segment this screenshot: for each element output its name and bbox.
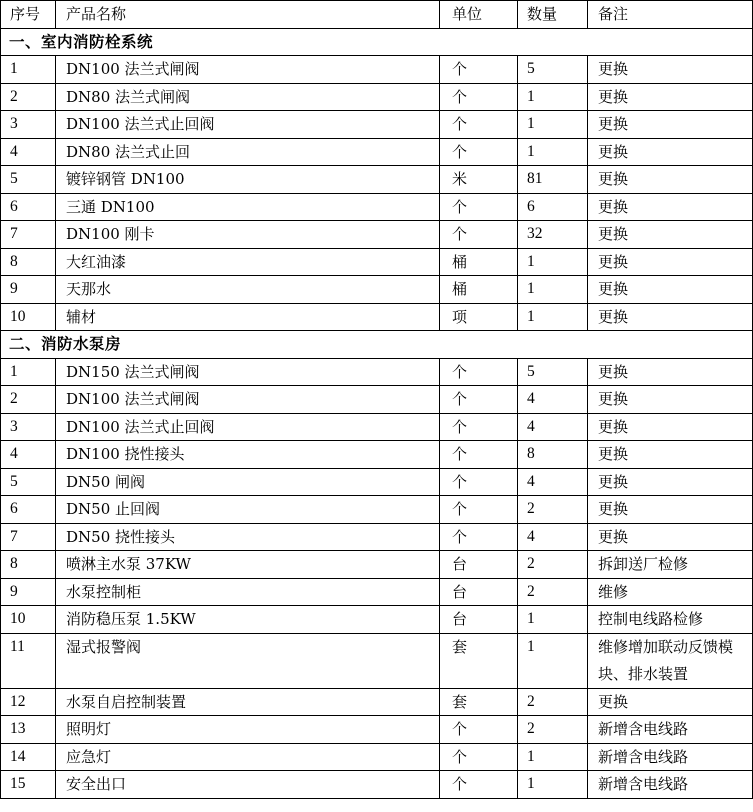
cell-quantity: 1	[518, 743, 588, 771]
cell-note: 更换	[588, 276, 753, 304]
cell-index: 14	[1, 743, 56, 771]
cell-index: 15	[1, 771, 56, 799]
cell-index: 3	[1, 111, 56, 139]
section-title: 二、消防水泵房	[1, 331, 753, 359]
cell-index: 10	[1, 303, 56, 331]
cell-quantity: 1	[518, 138, 588, 166]
table-row: 11湿式报警阀套1维修增加联动反馈模块、排水装置	[1, 633, 753, 688]
cell-quantity: 4	[518, 386, 588, 414]
cell-unit: 桶	[440, 276, 518, 304]
cell-name: DN50 止回阀	[56, 496, 440, 524]
header-name: 产品名称	[56, 1, 440, 29]
cell-unit: 个	[440, 193, 518, 221]
cell-note: 更换	[588, 386, 753, 414]
cell-unit: 个	[440, 523, 518, 551]
cell-note: 更换	[588, 413, 753, 441]
cell-index: 9	[1, 276, 56, 304]
cell-quantity: 1	[518, 276, 588, 304]
cell-index: 8	[1, 248, 56, 276]
cell-note: 更换	[588, 111, 753, 139]
cell-note: 拆卸送厂检修	[588, 551, 753, 579]
cell-index: 2	[1, 386, 56, 414]
cell-quantity: 2	[518, 716, 588, 744]
table-row: 9水泵控制柜台2维修	[1, 578, 753, 606]
cell-quantity: 8	[518, 441, 588, 469]
cell-quantity: 32	[518, 221, 588, 249]
cell-quantity: 4	[518, 413, 588, 441]
cell-unit: 米	[440, 166, 518, 194]
cell-name: 三通 DN100	[56, 193, 440, 221]
header-index: 序号	[1, 1, 56, 29]
table-row: 1DN100 法兰式闸阀个5更换	[1, 56, 753, 84]
table-row: 7DN50 挠性接头个4更换	[1, 523, 753, 551]
cell-note: 新增含电线路	[588, 743, 753, 771]
cell-note: 更换	[588, 523, 753, 551]
cell-quantity: 1	[518, 303, 588, 331]
cell-note: 更换	[588, 166, 753, 194]
header-note: 备注	[588, 1, 753, 29]
cell-name: DN50 挠性接头	[56, 523, 440, 551]
cell-note: 更换	[588, 221, 753, 249]
cell-quantity: 1	[518, 111, 588, 139]
table-row: 13照明灯个2新增含电线路	[1, 716, 753, 744]
cell-name: DN100 法兰式闸阀	[56, 56, 440, 84]
cell-note: 新增含电线路	[588, 716, 753, 744]
cell-name: DN100 法兰式止回阀	[56, 111, 440, 139]
cell-quantity: 1	[518, 83, 588, 111]
cell-name: 安全出口	[56, 771, 440, 799]
cell-index: 1	[1, 56, 56, 84]
cell-index: 4	[1, 138, 56, 166]
table-row: 6DN50 止回阀个2更换	[1, 496, 753, 524]
cell-quantity: 2	[518, 551, 588, 579]
cell-note: 维修	[588, 578, 753, 606]
cell-index: 2	[1, 83, 56, 111]
table-row: 2DN80 法兰式闸阀个1更换	[1, 83, 753, 111]
cell-quantity: 2	[518, 688, 588, 716]
table-row: 14应急灯个1新增含电线路	[1, 743, 753, 771]
cell-unit: 台	[440, 551, 518, 579]
cell-name: 照明灯	[56, 716, 440, 744]
table-row: 9天那水桶1更换	[1, 276, 753, 304]
cell-name: 大红油漆	[56, 248, 440, 276]
table-row: 15安全出口个1新增含电线路	[1, 771, 753, 799]
cell-name: 喷淋主水泵 37KW	[56, 551, 440, 579]
cell-name: 消防稳压泵 1.5KW	[56, 606, 440, 634]
cell-name: 水泵控制柜	[56, 578, 440, 606]
cell-note: 更换	[588, 193, 753, 221]
cell-name: DN80 法兰式闸阀	[56, 83, 440, 111]
cell-index: 5	[1, 166, 56, 194]
table-row: 8喷淋主水泵 37KW台2拆卸送厂检修	[1, 551, 753, 579]
cell-name: 辅材	[56, 303, 440, 331]
cell-index: 12	[1, 688, 56, 716]
cell-quantity: 4	[518, 523, 588, 551]
cell-quantity: 2	[518, 496, 588, 524]
cell-name: DN150 法兰式闸阀	[56, 358, 440, 386]
table-body: 序号 产品名称 单位 数量 备注 一、室内消防栓系统 1DN100 法兰式闸阀个…	[1, 1, 753, 799]
cell-quantity: 1	[518, 771, 588, 799]
cell-name: DN80 法兰式止回	[56, 138, 440, 166]
cell-index: 5	[1, 468, 56, 496]
cell-unit: 个	[440, 743, 518, 771]
table-row: 10辅材项1更换	[1, 303, 753, 331]
cell-index: 10	[1, 606, 56, 634]
cell-quantity: 81	[518, 166, 588, 194]
table-row: 3DN100 法兰式止回阀个4更换	[1, 413, 753, 441]
cell-name: 天那水	[56, 276, 440, 304]
cell-name: 水泵自启控制装置	[56, 688, 440, 716]
section-title: 一、室内消防栓系统	[1, 28, 753, 56]
table-row: 5镀锌钢管 DN100米81更换	[1, 166, 753, 194]
cell-name: DN50 闸阀	[56, 468, 440, 496]
cell-index: 6	[1, 193, 56, 221]
table-row: 10消防稳压泵 1.5KW台1控制电线路检修	[1, 606, 753, 634]
cell-name: 应急灯	[56, 743, 440, 771]
cell-unit: 个	[440, 358, 518, 386]
table-row: 5DN50 闸阀个4更换	[1, 468, 753, 496]
table-row: 12水泵自启控制装置套2更换	[1, 688, 753, 716]
cell-name: 镀锌钢管 DN100	[56, 166, 440, 194]
cell-index: 7	[1, 523, 56, 551]
cell-index: 3	[1, 413, 56, 441]
cell-note: 更换	[588, 138, 753, 166]
cell-unit: 个	[440, 56, 518, 84]
header-row: 序号 产品名称 单位 数量 备注	[1, 1, 753, 29]
cell-unit: 套	[440, 688, 518, 716]
cell-quantity: 4	[518, 468, 588, 496]
cell-unit: 个	[440, 386, 518, 414]
cell-unit: 台	[440, 578, 518, 606]
cell-note: 更换	[588, 56, 753, 84]
cell-note: 更换	[588, 496, 753, 524]
cell-index: 1	[1, 358, 56, 386]
section-heading-row: 一、室内消防栓系统	[1, 28, 753, 56]
cell-quantity: 6	[518, 193, 588, 221]
cell-name: DN100 法兰式闸阀	[56, 386, 440, 414]
table-row: 3DN100 法兰式止回阀个1更换	[1, 111, 753, 139]
section-heading-row: 二、消防水泵房	[1, 331, 753, 359]
cell-index: 4	[1, 441, 56, 469]
cell-quantity: 1	[518, 248, 588, 276]
cell-quantity: 1	[518, 633, 588, 688]
cell-note: 新增含电线路	[588, 771, 753, 799]
table-row: 1DN150 法兰式闸阀个5更换	[1, 358, 753, 386]
table-row: 8大红油漆桶1更换	[1, 248, 753, 276]
cell-note: 更换	[588, 688, 753, 716]
cell-note: 更换	[588, 468, 753, 496]
cell-unit: 个	[440, 468, 518, 496]
cell-unit: 个	[440, 221, 518, 249]
cell-quantity: 5	[518, 56, 588, 84]
table-row: 4DN100 挠性接头个8更换	[1, 441, 753, 469]
cell-unit: 个	[440, 716, 518, 744]
cell-note: 更换	[588, 358, 753, 386]
cell-note: 更换	[588, 248, 753, 276]
cell-name: 湿式报警阀	[56, 633, 440, 688]
materials-table: 序号 产品名称 单位 数量 备注 一、室内消防栓系统 1DN100 法兰式闸阀个…	[0, 0, 753, 799]
cell-name: DN100 法兰式止回阀	[56, 413, 440, 441]
cell-quantity: 1	[518, 606, 588, 634]
cell-quantity: 2	[518, 578, 588, 606]
cell-note: 维修增加联动反馈模块、排水装置	[588, 633, 753, 688]
cell-unit: 个	[440, 441, 518, 469]
table-row: 7DN100 刚卡个32更换	[1, 221, 753, 249]
cell-quantity: 5	[518, 358, 588, 386]
header-quantity: 数量	[518, 1, 588, 29]
cell-note: 更换	[588, 303, 753, 331]
cell-note: 控制电线路检修	[588, 606, 753, 634]
cell-index: 13	[1, 716, 56, 744]
cell-index: 11	[1, 633, 56, 688]
cell-unit: 台	[440, 606, 518, 634]
cell-index: 7	[1, 221, 56, 249]
cell-name: DN100 刚卡	[56, 221, 440, 249]
cell-unit: 桶	[440, 248, 518, 276]
cell-name: DN100 挠性接头	[56, 441, 440, 469]
cell-index: 6	[1, 496, 56, 524]
table-row: 6三通 DN100个6更换	[1, 193, 753, 221]
cell-unit: 个	[440, 771, 518, 799]
cell-unit: 项	[440, 303, 518, 331]
cell-index: 9	[1, 578, 56, 606]
cell-unit: 个	[440, 83, 518, 111]
cell-unit: 个	[440, 138, 518, 166]
header-unit: 单位	[440, 1, 518, 29]
cell-note: 更换	[588, 83, 753, 111]
table-row: 4DN80 法兰式止回个1更换	[1, 138, 753, 166]
table-row: 2DN100 法兰式闸阀个4更换	[1, 386, 753, 414]
cell-unit: 套	[440, 633, 518, 688]
cell-unit: 个	[440, 413, 518, 441]
cell-note: 更换	[588, 441, 753, 469]
cell-unit: 个	[440, 111, 518, 139]
cell-index: 8	[1, 551, 56, 579]
cell-unit: 个	[440, 496, 518, 524]
